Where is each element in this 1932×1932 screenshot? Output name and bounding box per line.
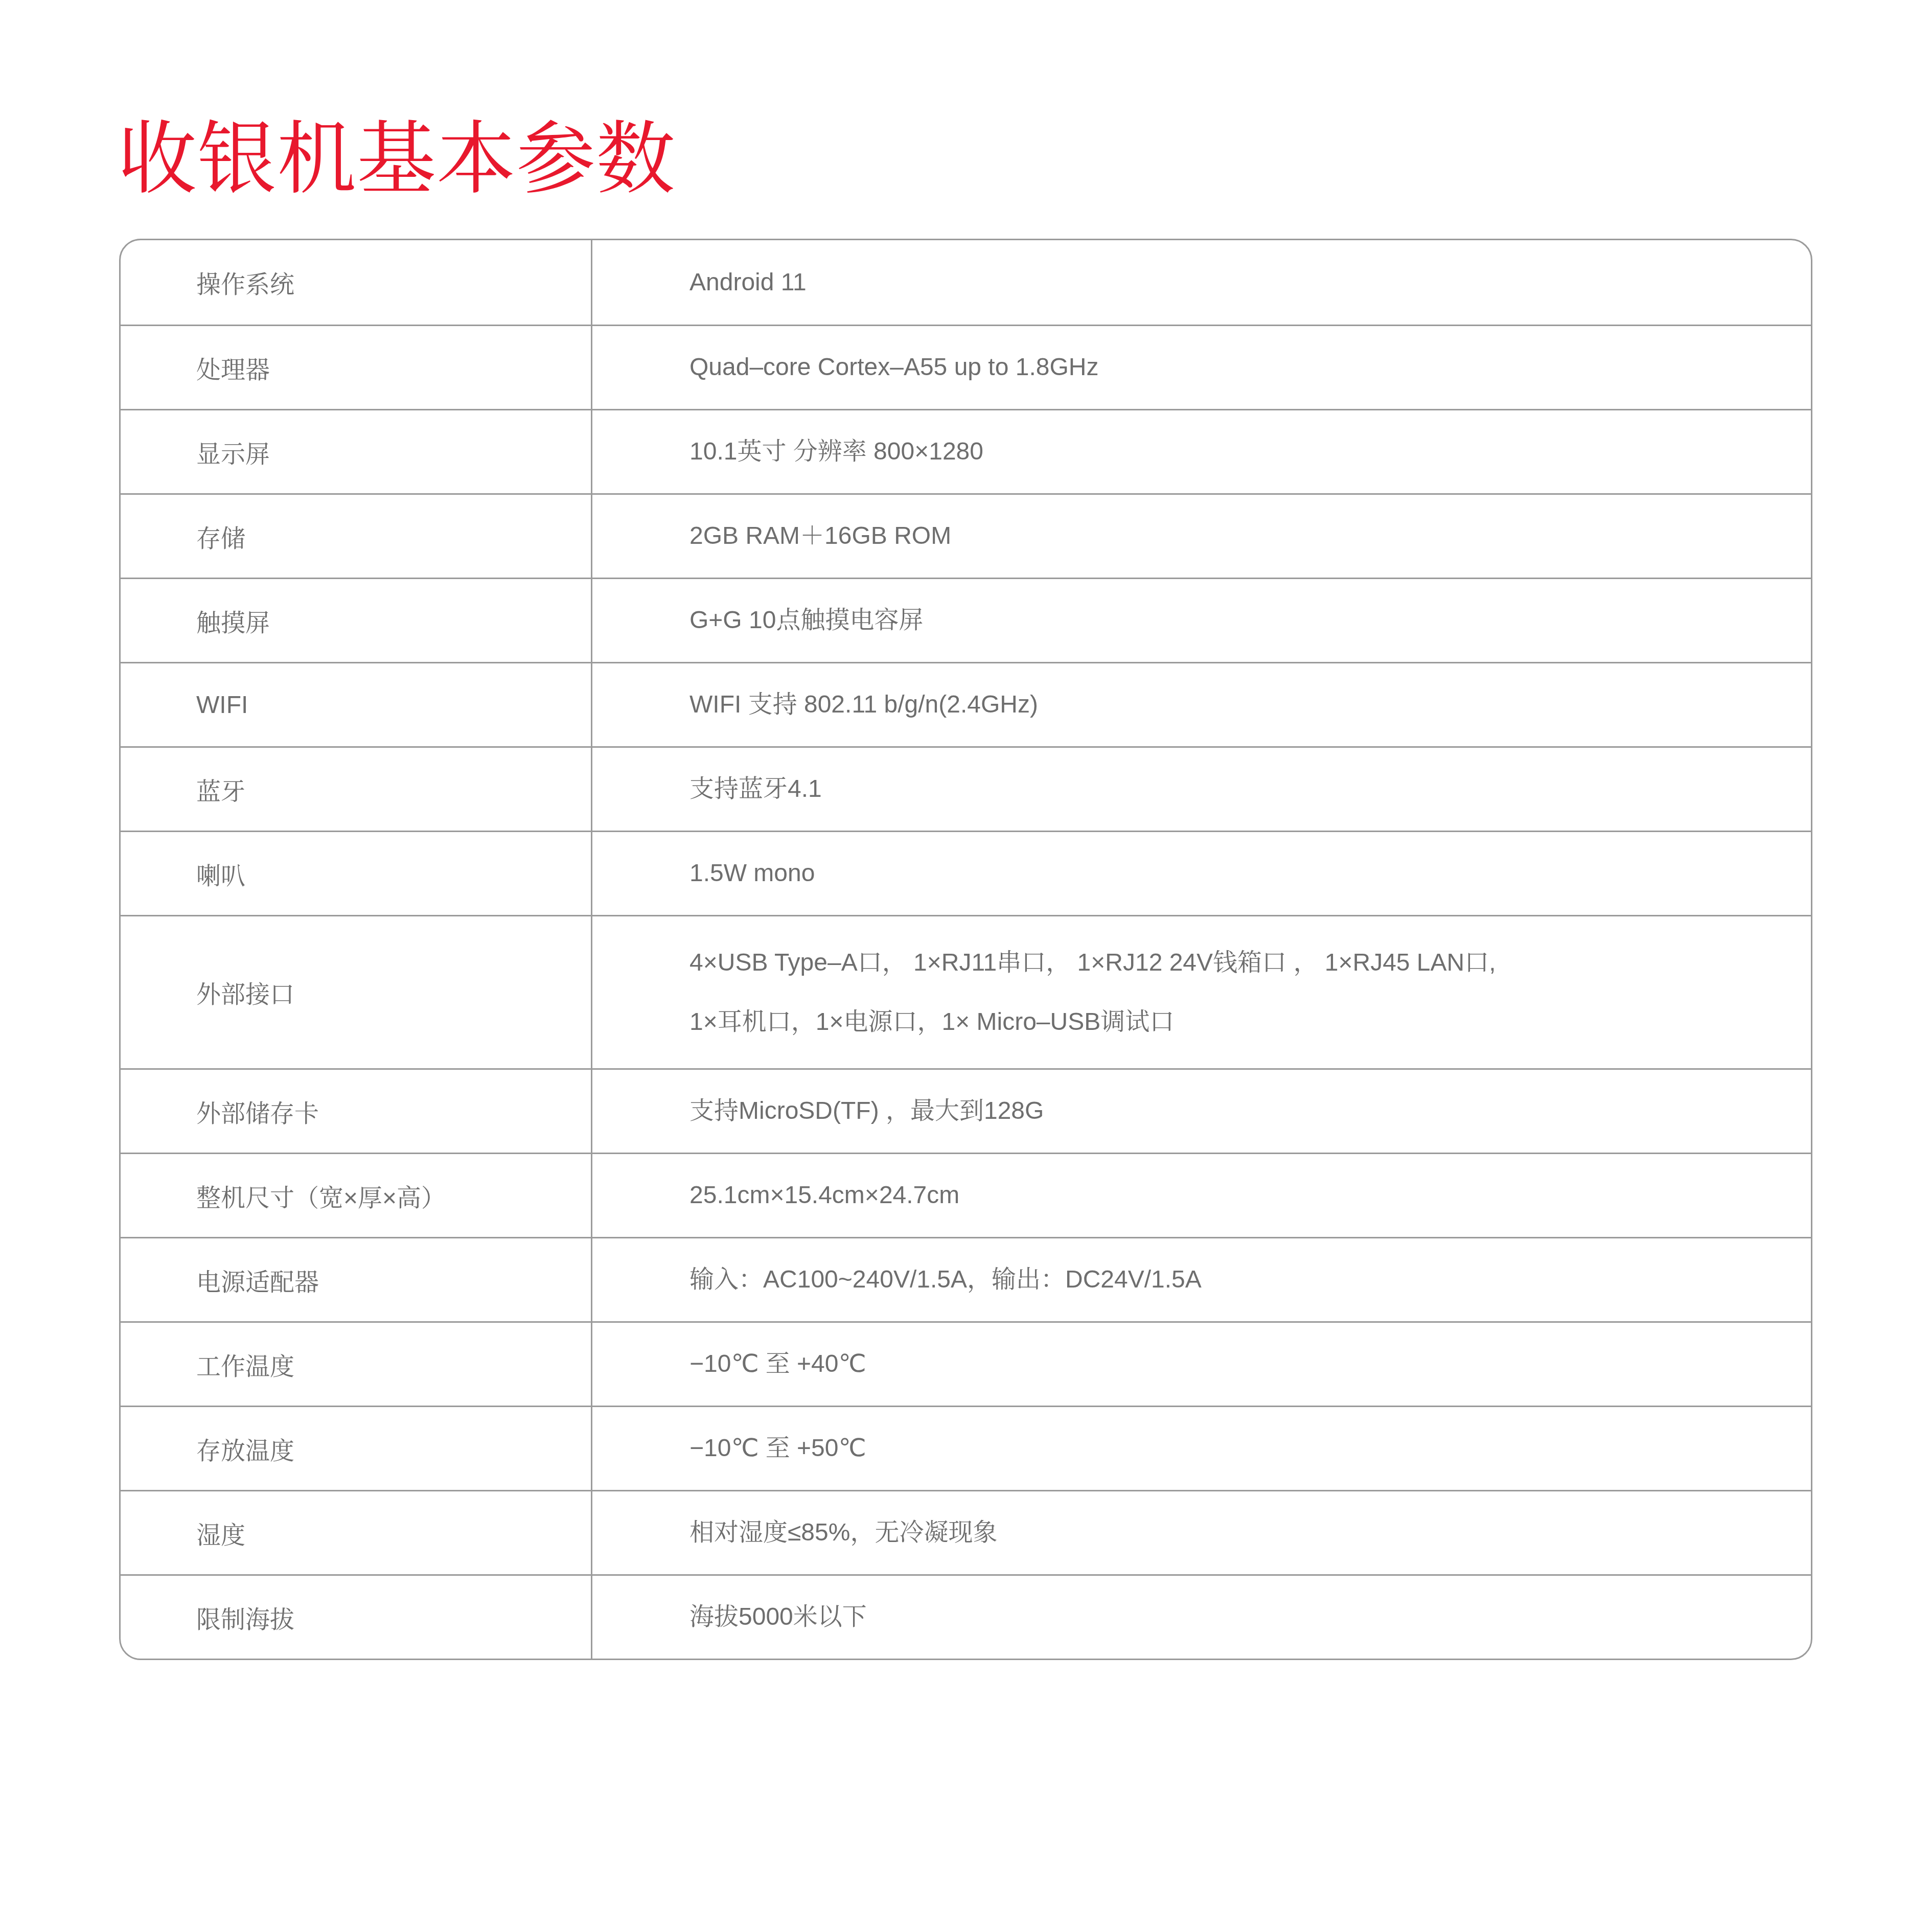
- spec-label: 触摸屏: [121, 579, 592, 662]
- spec-value-line: 1×耳机口，1×电源口，1× Micro–USB调试口: [689, 1007, 1775, 1037]
- spec-value-line: 海拔5000米以下: [689, 1602, 1775, 1632]
- table-row: 整机尺寸（宽×厚×高）25.1cm×15.4cm×24.7cm: [121, 1153, 1811, 1237]
- table-row: 限制海拔海拔5000米以下: [121, 1574, 1811, 1659]
- spec-label: WIFI: [121, 663, 592, 746]
- spec-value: 海拔5000米以下: [592, 1576, 1811, 1659]
- spec-label: 蓝牙: [121, 748, 592, 831]
- spec-value: WIFI 支持 802.11 b/g/n(2.4GHz): [592, 663, 1811, 746]
- spec-value-line: −10℃ 至 +40℃: [689, 1349, 1775, 1379]
- spec-label: 处理器: [121, 326, 592, 409]
- table-row: 显示屏10.1英寸 分辨率 800×1280: [121, 409, 1811, 493]
- spec-label: 工作温度: [121, 1323, 592, 1406]
- spec-value: G+G 10点触摸电容屏: [592, 579, 1811, 662]
- spec-value: Quad–core Cortex–A55 up to 1.8GHz: [592, 326, 1811, 409]
- spec-label: 存储: [121, 495, 592, 578]
- spec-label: 操作系统: [121, 240, 592, 325]
- spec-value-line: G+G 10点触摸电容屏: [689, 606, 1775, 635]
- spec-value-line: 2GB RAM＋16GB ROM: [689, 521, 1775, 551]
- spec-value: 支持MicroSD(TF) ，最大到128G: [592, 1070, 1811, 1153]
- table-row: WIFIWIFI 支持 802.11 b/g/n(2.4GHz): [121, 662, 1811, 746]
- spec-value-line: Quad–core Cortex–A55 up to 1.8GHz: [689, 353, 1775, 382]
- spec-value-line: 25.1cm×15.4cm×24.7cm: [689, 1181, 1775, 1210]
- spec-value: 支持蓝牙4.1: [592, 748, 1811, 831]
- table-row: 工作温度−10℃ 至 +40℃: [121, 1321, 1811, 1406]
- spec-value-line: −10℃ 至 +50℃: [689, 1434, 1775, 1463]
- spec-value-line: WIFI 支持 802.11 b/g/n(2.4GHz): [689, 690, 1775, 720]
- spec-value: 1.5W mono: [592, 832, 1811, 915]
- table-row: 蓝牙支持蓝牙4.1: [121, 746, 1811, 831]
- table-row: 湿度相对湿度≤85%，无冷凝现象: [121, 1490, 1811, 1574]
- spec-value-line: 1.5W mono: [689, 859, 1775, 888]
- spec-value-line: 支持MicroSD(TF) ，最大到128G: [689, 1096, 1775, 1126]
- spec-value: 10.1英寸 分辨率 800×1280: [592, 410, 1811, 493]
- spec-label: 整机尺寸（宽×厚×高）: [121, 1154, 592, 1237]
- spec-value: 输入：AC100~240V/1.5A，输出：DC24V/1.5A: [592, 1238, 1811, 1321]
- table-row: 操作系统Android 11: [121, 240, 1811, 325]
- spec-value: Android 11: [592, 240, 1811, 325]
- table-row: 外部储存卡支持MicroSD(TF) ，最大到128G: [121, 1068, 1811, 1153]
- table-row: 外部接口4×USB Type–A口， 1×RJ11串口， 1×RJ12 24V钱…: [121, 915, 1811, 1068]
- table-row: 电源适配器输入：AC100~240V/1.5A，输出：DC24V/1.5A: [121, 1237, 1811, 1321]
- spec-value: −10℃ 至 +40℃: [592, 1323, 1811, 1406]
- table-row: 存放温度−10℃ 至 +50℃: [121, 1406, 1811, 1490]
- table-row: 喇叭1.5W mono: [121, 831, 1811, 915]
- table-row: 处理器Quad–core Cortex–A55 up to 1.8GHz: [121, 325, 1811, 409]
- spec-label: 显示屏: [121, 410, 592, 493]
- spec-label: 外部储存卡: [121, 1070, 592, 1153]
- spec-value-line: 相对湿度≤85%，无冷凝现象: [689, 1518, 1775, 1548]
- spec-value-line: 4×USB Type–A口， 1×RJ11串口， 1×RJ12 24V钱箱口 ，…: [689, 948, 1775, 978]
- spec-value-line: 10.1英寸 分辨率 800×1280: [689, 437, 1775, 467]
- spec-value-line: 输入：AC100~240V/1.5A，输出：DC24V/1.5A: [689, 1265, 1775, 1295]
- spec-value-line: 支持蓝牙4.1: [689, 774, 1775, 804]
- spec-label: 外部接口: [121, 916, 592, 1068]
- table-row: 存储2GB RAM＋16GB ROM: [121, 493, 1811, 578]
- spec-label: 湿度: [121, 1491, 592, 1574]
- spec-value: 25.1cm×15.4cm×24.7cm: [592, 1154, 1811, 1237]
- spec-value: −10℃ 至 +50℃: [592, 1407, 1811, 1490]
- spec-value-line: Android 11: [689, 268, 1775, 297]
- page-title: 收银机基本参数: [118, 113, 676, 204]
- spec-label: 存放温度: [121, 1407, 592, 1490]
- spec-label: 限制海拔: [121, 1576, 592, 1659]
- spec-label: 喇叭: [121, 832, 592, 915]
- spec-label: 电源适配器: [121, 1238, 592, 1321]
- spec-value: 2GB RAM＋16GB ROM: [592, 495, 1811, 578]
- spec-table: 操作系统Android 11处理器Quad–core Cortex–A55 up…: [119, 239, 1812, 1660]
- spec-value: 4×USB Type–A口， 1×RJ11串口， 1×RJ12 24V钱箱口 ，…: [592, 916, 1811, 1068]
- table-row: 触摸屏G+G 10点触摸电容屏: [121, 578, 1811, 662]
- spec-value: 相对湿度≤85%，无冷凝现象: [592, 1491, 1811, 1574]
